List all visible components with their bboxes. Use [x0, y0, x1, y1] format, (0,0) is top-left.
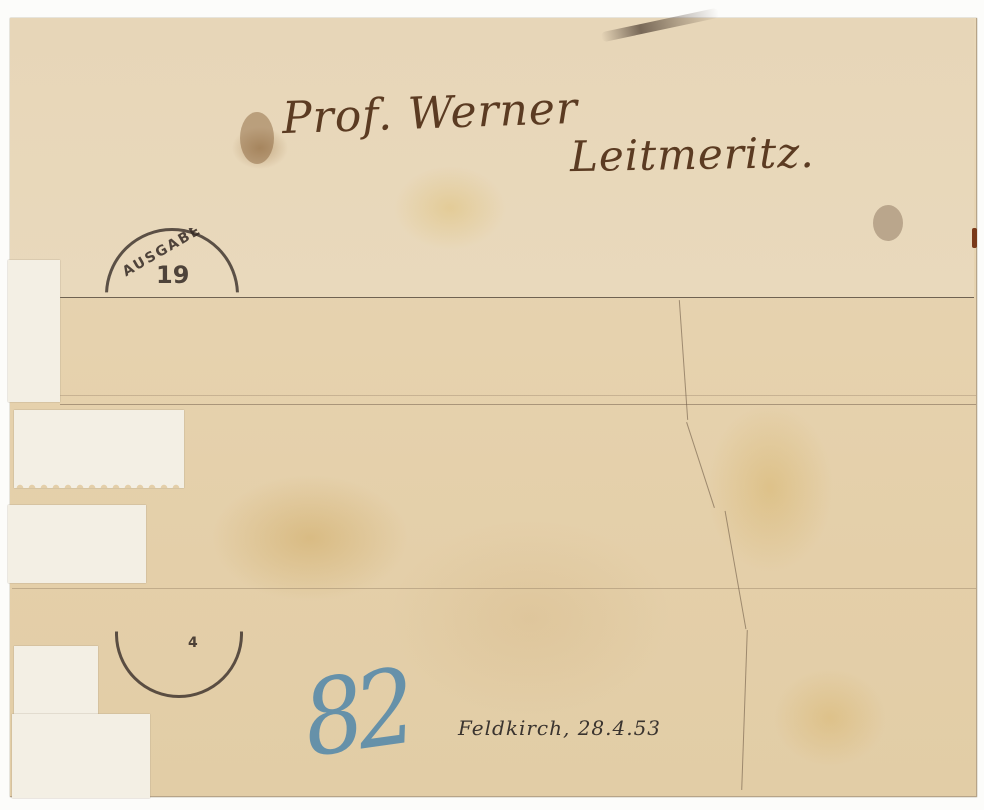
postmark-mark: 4 — [188, 635, 198, 651]
stamp-remnant — [14, 646, 98, 716]
fold-line — [60, 404, 976, 405]
fold-line — [12, 588, 976, 589]
edge-mark — [972, 228, 977, 248]
address-town: Leitmeritz. — [570, 128, 815, 181]
stamp-remnant — [12, 714, 150, 798]
ink-blot — [873, 205, 903, 241]
stamp-remnant — [8, 505, 146, 583]
pencil-note-origin-date: Feldkirch, 28.4.53 — [458, 716, 661, 740]
blue-crayon-numeral: 82 — [296, 645, 417, 780]
fold-line — [60, 395, 976, 396]
ink-blot — [240, 112, 274, 164]
address-recipient: Prof. Werner — [281, 83, 579, 144]
stamp-remnant — [8, 260, 60, 402]
stamp-remnant-perforated — [14, 410, 184, 488]
postmark-day: 19 — [156, 261, 189, 289]
